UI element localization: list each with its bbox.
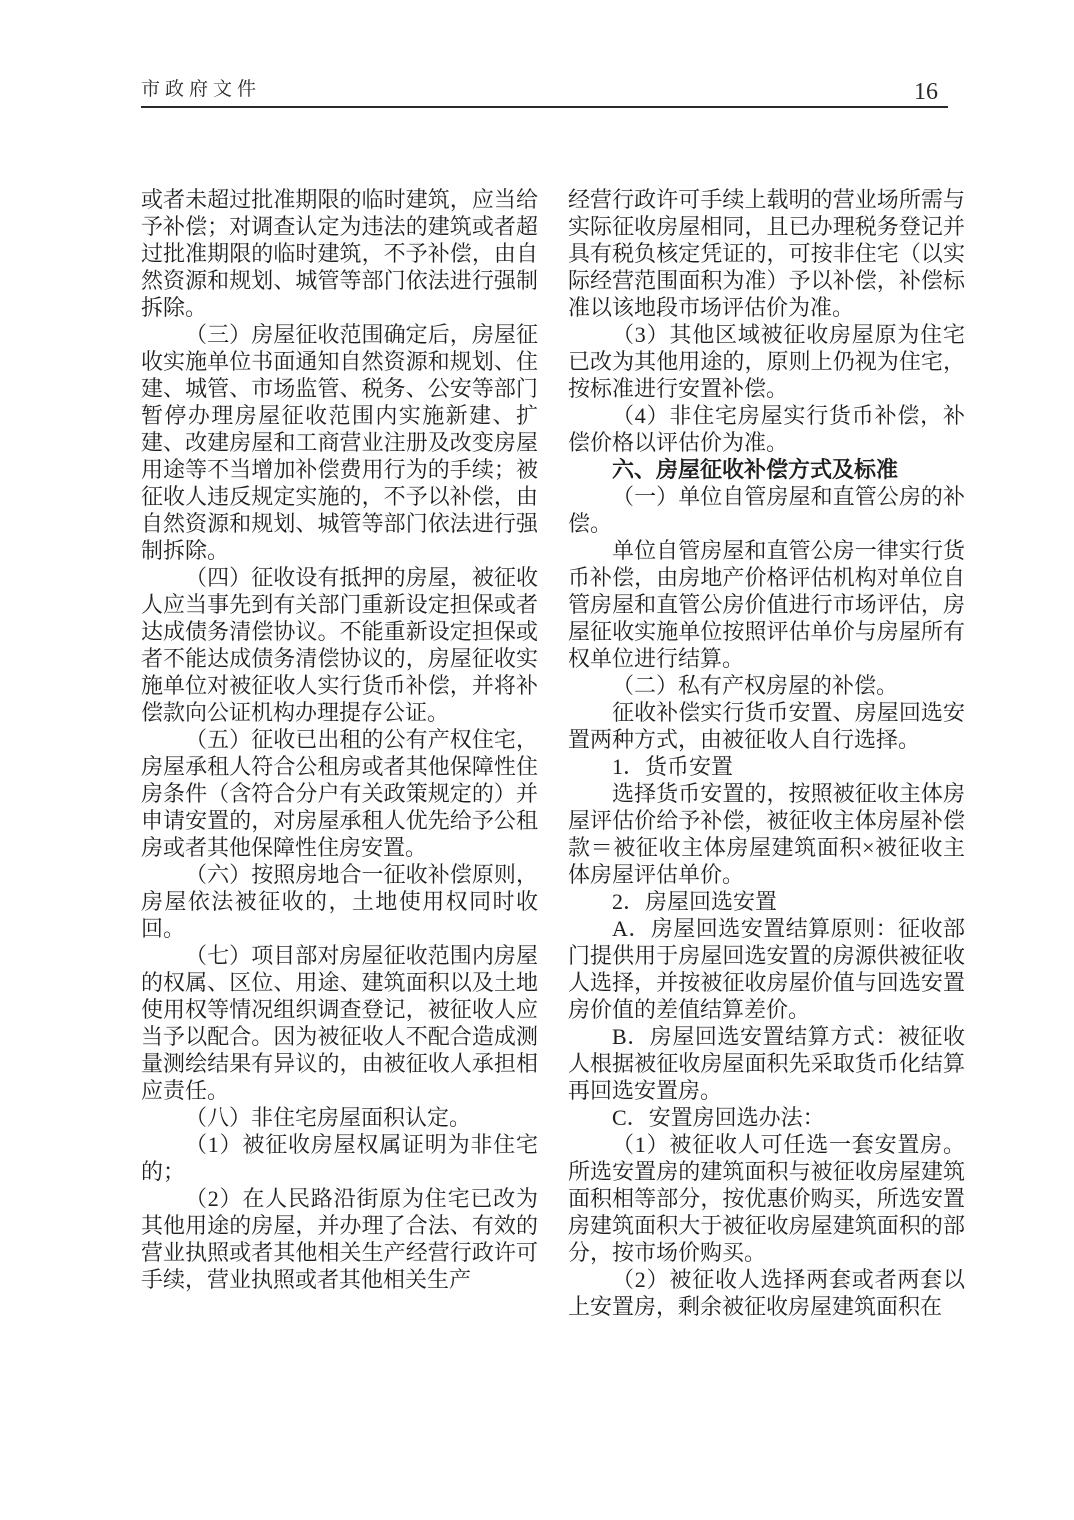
paragraph: （五）征收已出租的公有产权住宅，房屋承租人符合公租房或者其他保障性住房条件（含符…: [141, 726, 538, 861]
paragraph: 2．房屋回选安置: [568, 888, 965, 915]
left-column: 或者未超过批准期限的临时建筑，应当给予补偿；对调查认定为违法的建筑或者超过批准期…: [141, 186, 538, 1320]
paragraph: （二）私有产权房屋的补偿。: [568, 672, 965, 699]
right-column: 经营行政许可手续上载明的营业场所需与实际征收房屋相同，且已办理税务登记并具有税负…: [568, 186, 965, 1320]
document-page: 市政府文件 16 或者未超过批准期限的临时建筑，应当给予补偿；对调查认定为违法的…: [0, 0, 1074, 1520]
paragraph: 1．货币安置: [568, 753, 965, 780]
paragraph: （四）征收设有抵押的房屋，被征收人应当事先到有关部门重新设定担保或者达成债务清偿…: [141, 564, 538, 726]
paragraph: 征收补偿实行货币安置、房屋回选安置两种方式，由被征收人自行选择。: [568, 699, 965, 753]
paragraph: C．安置房回选办法：: [568, 1104, 965, 1131]
paragraph: （2）被征收人选择两套或者两套以上安置房，剩余被征收房屋建筑面积在: [568, 1266, 965, 1320]
document-body: 或者未超过批准期限的临时建筑，应当给予补偿；对调查认定为违法的建筑或者超过批准期…: [141, 186, 965, 1320]
paragraph: B．房屋回选安置结算方式：被征收人根据被征收房屋面积先采取货币化结算再回选安置房…: [568, 1023, 965, 1104]
paragraph: （三）房屋征收范围确定后，房屋征收实施单位书面通知自然资源和规划、住建、城管、市…: [141, 321, 538, 564]
paragraph: （4）非住宅房屋实行货币补偿，补偿价格以评估价为准。: [568, 402, 965, 456]
page-header: 市政府文件 16: [141, 70, 948, 108]
paragraph: 或者未超过批准期限的临时建筑，应当给予补偿；对调查认定为违法的建筑或者超过批准期…: [141, 186, 538, 321]
paragraph: （八）非住宅房屋面积认定。: [141, 1104, 538, 1131]
paragraph: 单位自管房屋和直管公房一律实行货币补偿，由房地产价格评估机构对单位自管房屋和直管…: [568, 537, 965, 672]
page-number: 16: [914, 79, 938, 106]
section-heading: 六、房屋征收补偿方式及标准: [568, 456, 965, 483]
paragraph: （2）在人民路沿街原为住宅已改为其他用途的房屋，并办理了合法、有效的营业执照或者…: [141, 1185, 538, 1293]
paragraph: （1）被征收房屋权属证明为非住宅的；: [141, 1131, 538, 1185]
paragraph: A．房屋回选安置结算原则：征收部门提供用于房屋回选安置的房源供被征收人选择，并按…: [568, 915, 965, 1023]
paragraph: （一）单位自管房屋和直管公房的补偿。: [568, 483, 965, 537]
header-doc-category: 市政府文件: [141, 74, 261, 101]
paragraph: 选择货币安置的，按照被征收主体房屋评估价给予补偿，被征收主体房屋补偿款＝被征收主…: [568, 780, 965, 888]
paragraph: （七）项目部对房屋征收范围内房屋的权属、区位、用途、建筑面积以及土地使用权等情况…: [141, 942, 538, 1104]
paragraph: （1）被征收人可任选一套安置房。所选安置房的建筑面积与被征收房屋建筑面积相等部分…: [568, 1131, 965, 1266]
paragraph: （六）按照房地合一征收补偿原则，房屋依法被征收的，土地使用权同时收回。: [141, 861, 538, 942]
paragraph: （3）其他区域被征收房屋原为住宅已改为其他用途的，原则上仍视为住宅，按标准进行安…: [568, 321, 965, 402]
paragraph: 经营行政许可手续上载明的营业场所需与实际征收房屋相同，且已办理税务登记并具有税负…: [568, 186, 965, 321]
